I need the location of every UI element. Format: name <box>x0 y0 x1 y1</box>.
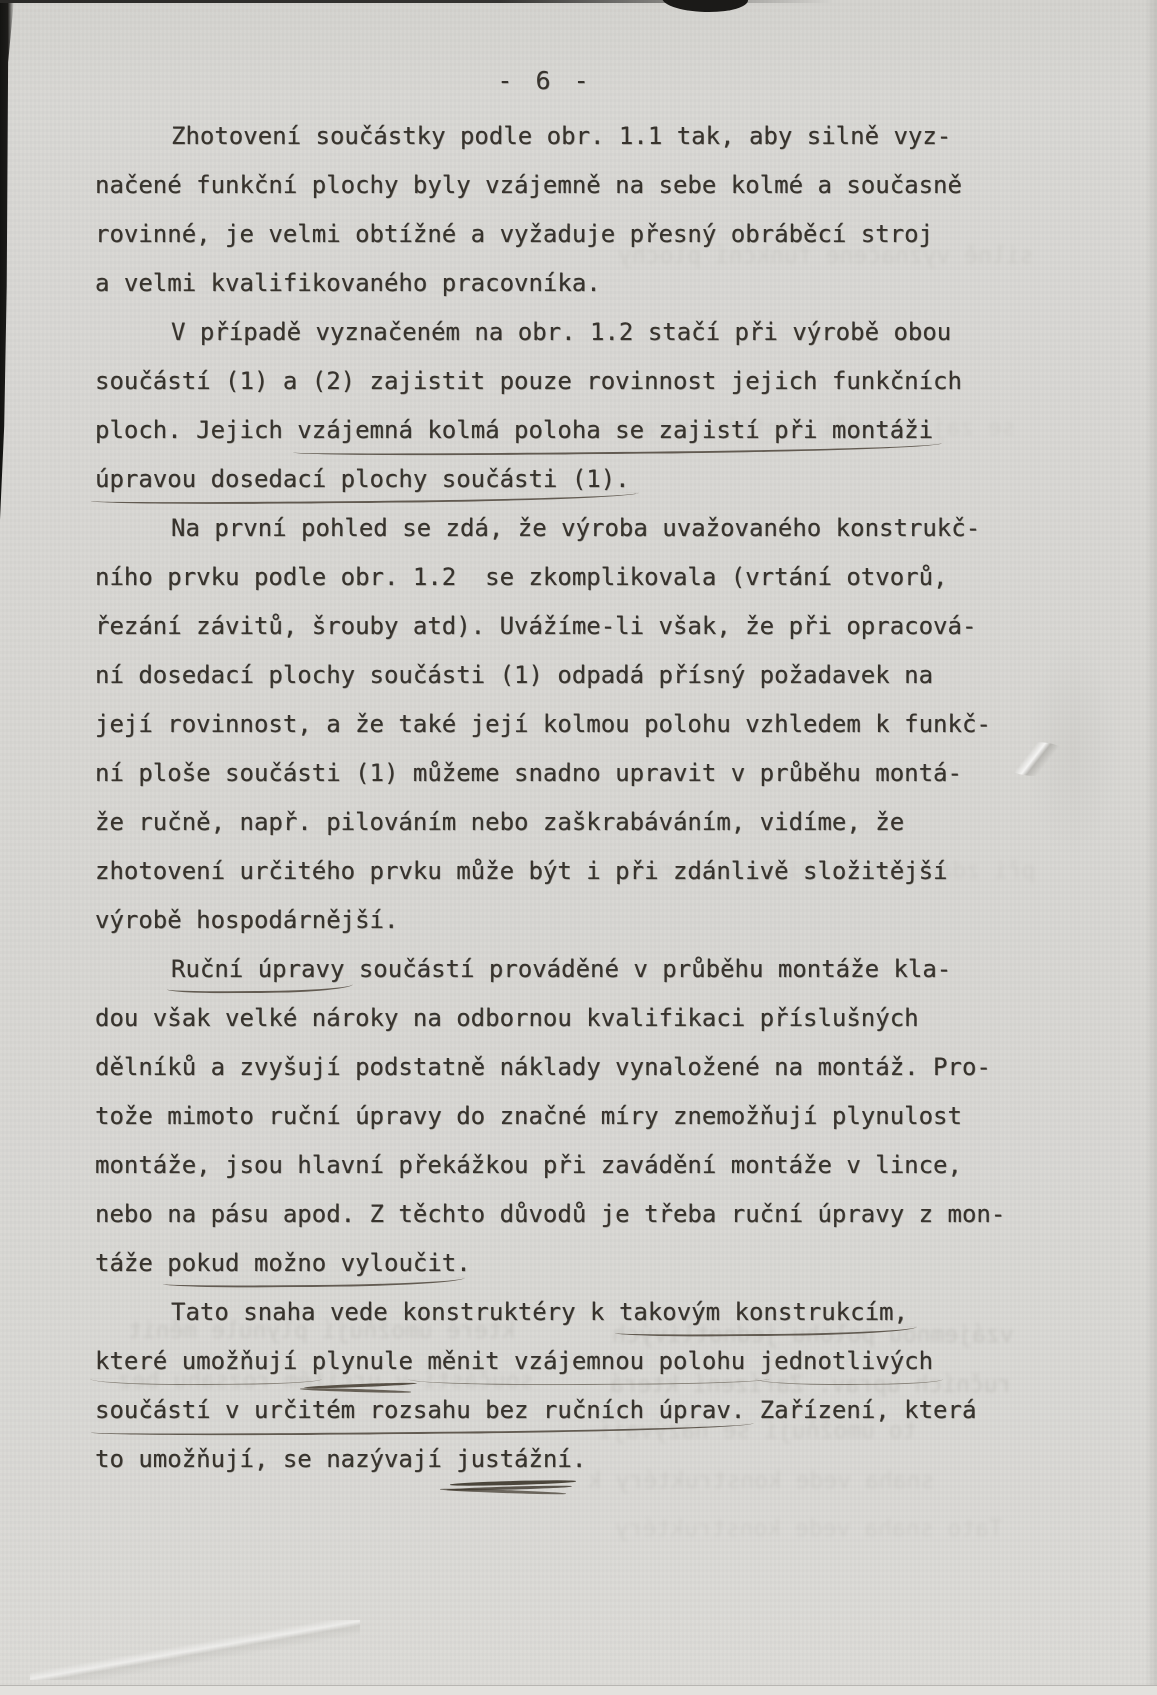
text-segment: součástí (1) a (2) zajistit pouze rovinn… <box>95 367 962 395</box>
text-segment: Zhotovení součástky podle obr. 1.1 tak, … <box>171 122 951 150</box>
underlined-text: jednotlivých <box>760 1337 933 1386</box>
underlined-text: které umožňují <box>95 1337 312 1386</box>
text-line: táže pokud možno vyloučit. <box>95 1239 1025 1288</box>
page-number: - 6 - <box>95 66 995 96</box>
text-line: ního prvku podle obr. 1.2 se zkomplikova… <box>95 553 1025 602</box>
underlined-text: pokud možno vyloučit <box>167 1239 456 1288</box>
text-body: Zhotovení součástky podle obr. 1.1 tak, … <box>95 112 1025 1484</box>
text-line: a velmi kvalifikovaného pracovníka. <box>95 259 1025 308</box>
text-line: V případě vyznačeném na obr. 1.2 stačí p… <box>95 308 1025 357</box>
underlined-text: součástí v určitém rozsahu bez ručních ú… <box>95 1386 745 1435</box>
text-segment: zhotovení určitého prvku může být i při … <box>95 857 948 885</box>
text-segment: ní dosedací plochy součásti (1) odpadá p… <box>95 661 933 689</box>
text-line: součástí (1) a (2) zajistit pouze rovinn… <box>95 357 1025 406</box>
text-segment: ního prvku podle obr. 1.2 se zkomplikova… <box>95 563 948 591</box>
underlined-text: vzájemná kolmá poloha se zajistí při mon… <box>297 406 933 455</box>
scan-edge-right <box>1145 0 1157 1695</box>
text-line: zhotovení určitého prvku může být i při … <box>95 847 1025 896</box>
text-line: její rovinnost, a že také její kolmou po… <box>95 700 1025 749</box>
text-segment: dělníků a zvyšují podstatně náklady vyna… <box>95 1053 991 1081</box>
text-segment: ní ploše součásti (1) můžeme snadno upra… <box>95 759 962 787</box>
text-segment: její rovinnost, a že také její kolmou po… <box>95 710 991 738</box>
text-line: nebo na pásu apod. Z těchto důvodů je tř… <box>95 1190 1025 1239</box>
text-line: načené funkční plochy byly vzájemně na s… <box>95 161 1025 210</box>
text-line: Zhotovení součástky podle obr. 1.1 tak, … <box>95 112 1025 161</box>
text-segment: součástí prováděné v průběhu montáže kla… <box>344 955 951 983</box>
text-line: řezání závitů, šrouby atd). Uvážíme-li v… <box>95 602 1025 651</box>
text-segment: táže <box>95 1249 167 1277</box>
paper-crease-bottom-left <box>30 1620 360 1680</box>
text-line: Ruční úpravy součástí prováděné v průběh… <box>95 945 1025 994</box>
text-line: ní dosedací plochy součásti (1) odpadá p… <box>95 651 1025 700</box>
text-line: Na první pohled se zdá, že výroba uvažov… <box>95 504 1025 553</box>
text-line: výrobě hospodárnější. <box>95 896 1025 945</box>
text-segment: rovinné, je velmi obtížné a vyžaduje pře… <box>95 220 933 248</box>
text-segment: to umožňují, se nazývají <box>95 1445 456 1473</box>
text-line: že ručně, např. pilováním nebo zaškrabáv… <box>95 798 1025 847</box>
text-line: montáže, jsou hlavní překážkou při zavád… <box>95 1141 1025 1190</box>
text-segment: načené funkční plochy byly vzájemně na s… <box>95 171 962 199</box>
text-segment: . <box>456 1249 470 1277</box>
text-segment: Zařízení, která <box>745 1396 976 1424</box>
text-line: tože mimoto ruční úpravy do značné míry … <box>95 1092 1025 1141</box>
text-segment: řezání závitů, šrouby atd). Uvážíme-li v… <box>95 612 976 640</box>
underlined-text: plynule <box>312 1337 413 1386</box>
text-segment: montáže, jsou hlavní překážkou při zavád… <box>95 1151 962 1179</box>
text-segment: ploch. Jejich <box>95 416 297 444</box>
text-segment: dou však velké nároky na odbornou kvalif… <box>95 1004 919 1032</box>
text-segment: nebo na pásu apod. Z těchto důvodů je tř… <box>95 1200 1005 1228</box>
underlined-text: měnit vzájemnou polohu <box>413 1337 760 1386</box>
text-segment: a velmi kvalifikovaného pracovníka. <box>95 269 601 297</box>
text-line: úpravou dosedací plochy součásti (1). <box>95 455 1025 504</box>
text-segment: V případě vyznačeném na obr. 1.2 stačí p… <box>171 318 951 346</box>
text-line: dou však velké nároky na odbornou kvalif… <box>95 994 1025 1043</box>
text-line: které umožňují plynule měnit vzájemnou p… <box>95 1337 1025 1386</box>
text-segment: . <box>572 1445 586 1473</box>
underlined-text: Ruční úpravy <box>171 945 344 994</box>
text-line: to umožňují, se nazývají justážní. <box>95 1435 1025 1484</box>
underlined-text: úpravou dosedací plochy součásti (1). <box>95 455 630 504</box>
underlined-text: justážní <box>456 1435 572 1484</box>
text-segment: Tato snaha vede konstruktéry k <box>171 1298 619 1326</box>
underlined-text: takovým konstrukcím, <box>619 1288 908 1337</box>
text-line: ní ploše součásti (1) můžeme snadno upra… <box>95 749 1025 798</box>
text-line: Tato snaha vede konstruktéry k takovým k… <box>95 1288 1025 1337</box>
text-segment: výrobě hospodárnější. <box>95 906 398 934</box>
text-segment: že ručně, např. pilováním nebo zaškrabáv… <box>95 808 904 836</box>
text-segment: tože mimoto ruční úpravy do značné míry … <box>95 1102 962 1130</box>
text-line: součástí v určitém rozsahu bez ručních ú… <box>95 1386 1025 1435</box>
text-line: rovinné, je velmi obtížné a vyžaduje pře… <box>95 210 1025 259</box>
text-line: ploch. Jejich vzájemná kolmá poloha se z… <box>95 406 1025 455</box>
text-line: dělníků a zvyšují podstatně náklady vyna… <box>95 1043 1025 1092</box>
text-segment: Na první pohled se zdá, že výroba uvažov… <box>171 514 980 542</box>
scan-edge-bottom <box>0 1685 1157 1695</box>
